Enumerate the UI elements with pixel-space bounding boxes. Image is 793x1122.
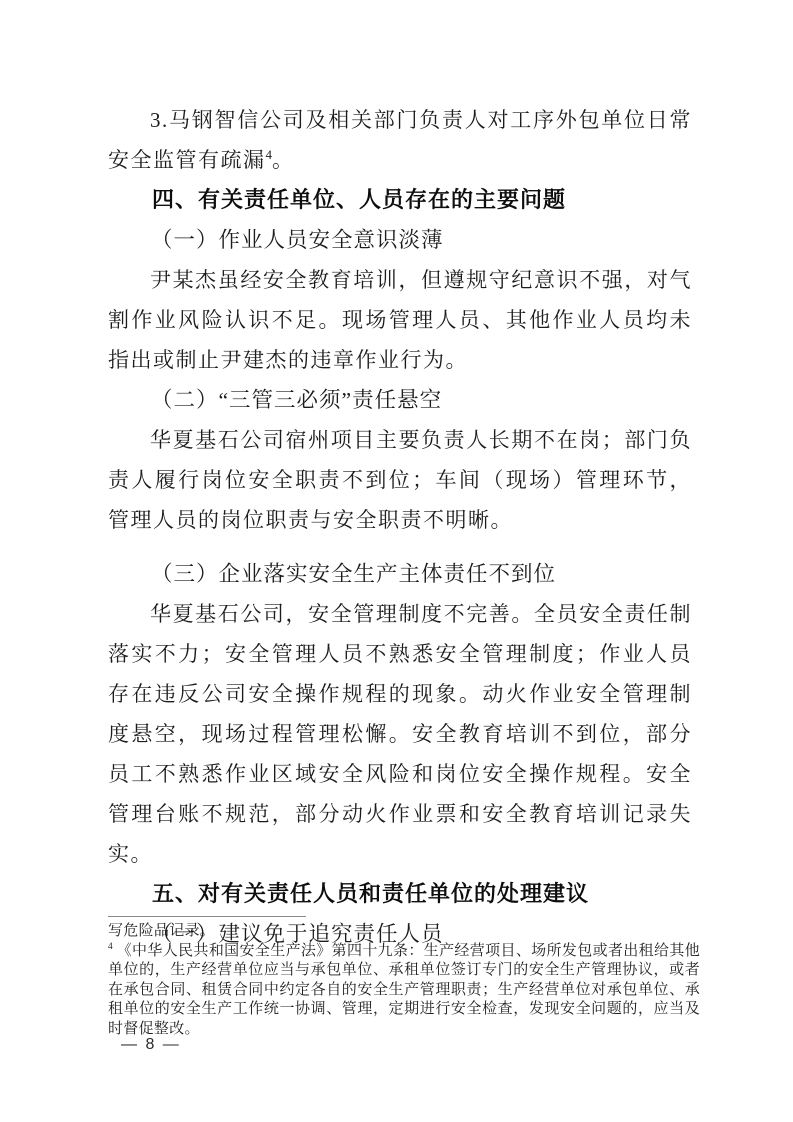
subsection-heading-4-2: （二）“三管三必须”责任悬空	[108, 380, 692, 420]
page-number: — 8 —	[121, 1036, 181, 1054]
subsection-heading-4-3: （三）企业落实安全生产主体责任不到位	[108, 554, 692, 594]
section-heading-4: 四、有关责任单位、人员存在的主要问题	[108, 180, 692, 220]
footnote-4-marker: 4	[108, 942, 113, 952]
paragraph-4-2: 华夏基石公司宿州项目主要负责人长期不在岗；部门负责人履行岗位安全职责不到位；车间…	[108, 420, 692, 540]
footnote-4-text: 《中华人民共和国安全生产法》第四十九条：生产经营项目、场所发包或者出租给其他单位…	[108, 943, 700, 1037]
document-page: 3.马钢智信公司及相关部门负责人对工序外包单位日常安全监管有疏漏4。四、有关责任…	[0, 0, 793, 1122]
paragraph-4-2-text: 华夏基石公司宿州项目主要负责人长期不在岗；部门负责人履行岗位安全职责不到位；车间…	[108, 428, 692, 532]
section-heading-5: 五、对有关责任人员和责任单位的处理建议	[108, 874, 692, 914]
paragraph-4-3-text: 华夏基石公司，安全管理制度不完善。全员安全责任制落实不力；安全管理人员不熟悉安全…	[108, 602, 692, 866]
footnote-block: 写危险品记录。 4《中华人民共和国安全生产法》第四十九条：生产经营项目、场所发包…	[108, 922, 700, 1039]
paragraph-4-1: 尹某杰虽经安全教育培训，但遵规守纪意识不强，对气割作业风险认识不足。现场管理人员…	[108, 260, 692, 380]
document-body: 3.马钢智信公司及相关部门负责人对工序外包单位日常安全监管有疏漏4。四、有关责任…	[108, 100, 692, 954]
paragraph-4-1-text: 尹某杰虽经安全教育培训，但遵规守纪意识不强，对气割作业风险认识不足。现场管理人员…	[108, 268, 692, 372]
footnote-separator	[108, 916, 306, 917]
section-heading-4-text: 四、有关责任单位、人员存在的主要问题	[152, 187, 566, 212]
paragraph-item-3: 3.马钢智信公司及相关部门负责人对工序外包单位日常安全监管有疏漏4。	[108, 100, 692, 180]
subsection-heading-4-3-text: （三）企业落实安全生产主体责任不到位	[151, 562, 556, 586]
footnote-continuation: 写危险品记录。	[108, 922, 700, 942]
paragraph-item-3-tail: 。	[272, 148, 295, 172]
subsection-heading-4-2-text: （二）“三管三必须”责任悬空	[151, 388, 442, 412]
subsection-heading-4-1: （一）作业人员安全意识淡薄	[108, 220, 692, 260]
subsection-heading-4-1-text: （一）作业人员安全意识淡薄	[151, 228, 444, 252]
paragraph-item-3-text: 3.马钢智信公司及相关部门负责人对工序外包单位日常安全监管有疏漏	[108, 108, 692, 172]
paragraph-4-3: 华夏基石公司，安全管理制度不完善。全员安全责任制落实不力；安全管理人员不熟悉安全…	[108, 594, 692, 874]
section-heading-5-text: 五、对有关责任人员和责任单位的处理建议	[152, 881, 589, 906]
footnote-4: 4《中华人民共和国安全生产法》第四十九条：生产经营项目、场所发包或者出租给其他单…	[108, 942, 700, 1040]
